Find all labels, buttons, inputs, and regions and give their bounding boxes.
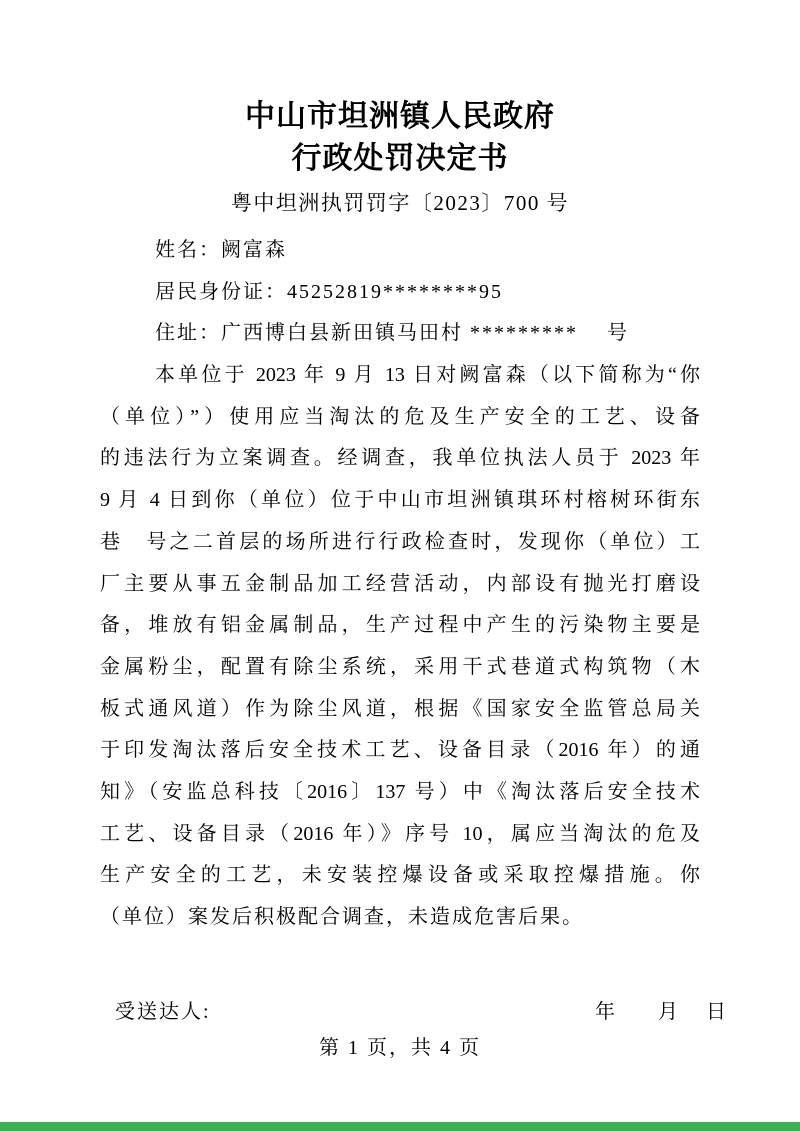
document-text: 姓名：阙富森 居民身份证：45252819********95 住址：广西博白县… [100,230,700,939]
document-title-line1: 中山市坦洲镇人民政府 [100,98,700,136]
document-title-line2: 行政处罚决定书 [100,140,700,178]
bottom-green-bar [0,1122,800,1131]
body-line: 于印发淘汰落后安全技术工艺、设备目录（2016 年）的通 [100,730,700,772]
body-line: （单位）”）使用应当淘汰的危及生产安全的工艺、设备 [100,397,700,439]
page-number: 第 1 页，共 4 页 [100,1035,700,1061]
body-line: 9 月 4 日到你（单位）位于中山市坦洲镇琪环村榕树环街东 [100,480,700,522]
body-line: 备，堆放有铝金属制品，生产过程中产生的污染物主要是 [100,605,700,647]
document-page: 中山市坦洲镇人民政府 行政处罚决定书 粤中坦洲执罚罚字〔2023〕700 号 姓… [0,0,800,1131]
body-line: 的违法行为立案调查。经调查，我单位执法人员于 2023 年 [100,438,700,480]
document-number: 粤中坦洲执罚罚字〔2023〕700 号 [100,188,700,218]
date-month-label: 月 [658,995,680,1024]
date-day-label: 日 [706,995,728,1024]
body-line: 本单位于 2023 年 9 月 13 日对阙富森（以下简称为“你 [100,355,700,397]
body-line: 巷 号之二首层的场所进行行政检查时，发现你（单位）工 [100,522,700,564]
body-line: 生产安全的工艺，未安装控爆设备或采取控爆措施。你 [100,855,700,897]
body-line: 知》（安监总科技〔2016〕137 号）中《淘汰落后安全技术 [100,772,700,814]
served-person-label: 受送达人: [115,995,211,1024]
body-line: （单位）案发后积极配合调查，未造成危害后果。 [100,897,700,939]
body-line: 金属粉尘，配置有除尘系统，采用干式巷道式构筑物（木 [100,647,700,689]
body-line: 板式通风道）作为除尘风道，根据《国家安全监管总局关 [100,689,700,731]
recipient-address-line: 住址：广西博白县新田镇马田村 ********* 号 [100,313,700,355]
body-line: 厂主要从事五金制品加工经营活动，内部设有抛光打磨设 [100,564,700,606]
recipient-id-line: 居民身份证：45252819********95 [100,272,700,314]
recipient-name-line: 姓名：阙富森 [100,230,700,272]
body-line: 工艺、设备目录（2016 年）》序号 10，属应当淘汰的危及 [100,814,700,856]
service-signature-row: 受送达人: 年 月 日 [100,995,700,1023]
date-year-label: 年 [595,995,617,1024]
